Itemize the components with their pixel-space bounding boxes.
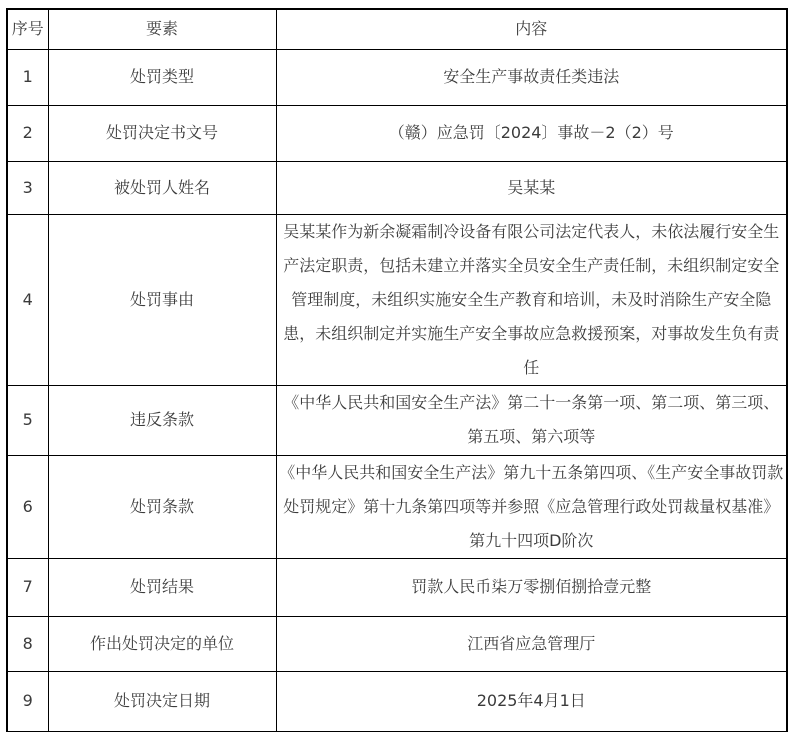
row-content: 江西省应急管理厅 (276, 616, 787, 671)
header-cell-number: 序号 (7, 9, 48, 49)
penalty-info-table: 序号 要素 内容 1 处罚类型 安全生产事故责任类违法 2 处罚决定书文号 （赣… (6, 8, 788, 732)
row-content: 《中华人民共和国安全生产法》第二十一条第一项、第二项、第三项、第五项、第六项等 (276, 385, 787, 455)
row-content: （赣）应急罚〔2024〕事故－2（2）号 (276, 105, 787, 161)
page: 序号 要素 内容 1 处罚类型 安全生产事故责任类违法 2 处罚决定书文号 （赣… (0, 0, 791, 732)
row-number: 1 (7, 49, 48, 105)
row-content: 罚款人民币柒万零捌佰捌拾壹元整 (276, 558, 787, 616)
table-row: 5 违反条款 《中华人民共和国安全生产法》第二十一条第一项、第二项、第三项、第五… (7, 385, 787, 455)
header-cell-content: 内容 (276, 9, 787, 49)
row-content: 2025年4月1日 (276, 671, 787, 732)
table-row: 4 处罚事由 吴某某作为新余凝霜制冷设备有限公司法定代表人，未依法履行安全生产法… (7, 214, 787, 385)
row-content: 吴某某 (276, 161, 787, 214)
table-row: 3 被处罚人姓名 吴某某 (7, 161, 787, 214)
header-cell-element: 要素 (48, 9, 276, 49)
row-element: 处罚事由 (48, 214, 276, 385)
row-element: 被处罚人姓名 (48, 161, 276, 214)
row-number: 4 (7, 214, 48, 385)
row-number: 2 (7, 105, 48, 161)
row-element: 违反条款 (48, 385, 276, 455)
row-number: 5 (7, 385, 48, 455)
row-element: 处罚类型 (48, 49, 276, 105)
row-element: 处罚结果 (48, 558, 276, 616)
row-number: 7 (7, 558, 48, 616)
row-element: 处罚决定书文号 (48, 105, 276, 161)
row-number: 3 (7, 161, 48, 214)
table-row: 2 处罚决定书文号 （赣）应急罚〔2024〕事故－2（2）号 (7, 105, 787, 161)
row-number: 9 (7, 671, 48, 732)
row-content: 《中华人民共和国安全生产法》第九十五条第四项、《生产安全事故罚款处罚规定》第十九… (276, 455, 787, 558)
header-row: 序号 要素 内容 (7, 9, 787, 49)
table-row: 9 处罚决定日期 2025年4月1日 (7, 671, 787, 732)
row-element: 处罚条款 (48, 455, 276, 558)
row-content: 吴某某作为新余凝霜制冷设备有限公司法定代表人，未依法履行安全生产法定职责，包括未… (276, 214, 787, 385)
table-row: 7 处罚结果 罚款人民币柒万零捌佰捌拾壹元整 (7, 558, 787, 616)
row-number: 6 (7, 455, 48, 558)
row-number: 8 (7, 616, 48, 671)
row-element: 处罚决定日期 (48, 671, 276, 732)
table-row: 6 处罚条款 《中华人民共和国安全生产法》第九十五条第四项、《生产安全事故罚款处… (7, 455, 787, 558)
row-content: 安全生产事故责任类违法 (276, 49, 787, 105)
row-element: 作出处罚决定的单位 (48, 616, 276, 671)
table-row: 8 作出处罚决定的单位 江西省应急管理厅 (7, 616, 787, 671)
table-row: 1 处罚类型 安全生产事故责任类违法 (7, 49, 787, 105)
